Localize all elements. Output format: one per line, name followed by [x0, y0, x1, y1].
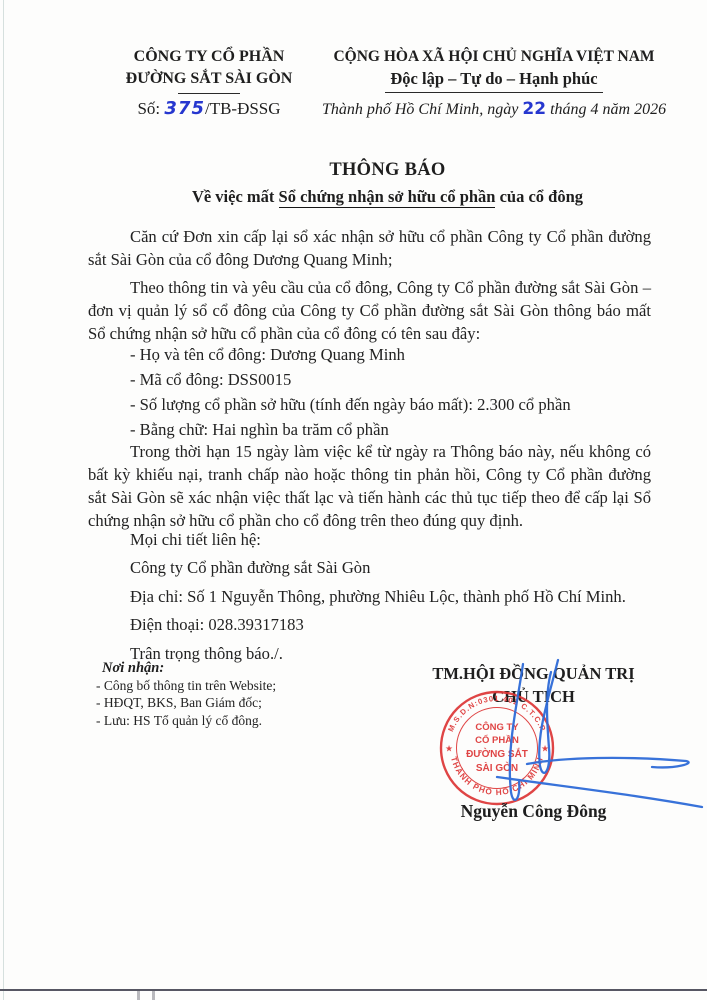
list-item-code: - Mã cổ đông: DSS0015 — [88, 367, 651, 392]
company-name-line2: ĐƯỜNG SẮT SÀI GÒN — [100, 68, 318, 90]
company-name-line1: CÔNG TY CỔ PHẦN — [100, 46, 318, 68]
national-motto-line1: CỘNG HÒA XÃ HỘI CHỦ NGHĨA VIỆT NAM — [320, 46, 668, 68]
title-block: THÔNG BÁO Về việc mất Sổ chứng nhận sở h… — [110, 158, 665, 209]
header-national-block: CỘNG HÒA XÃ HỘI CHỦ NGHĨA VIỆT NAM Độc l… — [320, 46, 668, 121]
recipients-title: Nơi nhận: — [96, 659, 346, 677]
date-suffix: tháng 4 năm 2026 — [546, 101, 666, 118]
doc-number-suffix: /TB-ĐSSG — [205, 99, 281, 118]
recipients-block: Nơi nhận: - Công bố thông tin trên Websi… — [96, 659, 346, 729]
date-day-handwritten: 22 — [522, 99, 546, 119]
scan-edge-left — [3, 0, 4, 1000]
seal-center-line2: CỔ PHẦN — [475, 734, 519, 746]
date-prefix: Thành phố Hồ Chí Minh, ngày — [322, 101, 522, 118]
document-subtitle: Về việc mất Sổ chứng nhận sở hữu cổ phần… — [110, 184, 665, 209]
paragraph-announcement: Theo thông tin và yêu cầu của cổ đông, C… — [88, 276, 651, 345]
scan-edge-bottom — [0, 989, 707, 991]
header-company-block: CÔNG TY CỔ PHẦN ĐƯỜNG SẮT SÀI GÒN Số: 37… — [100, 46, 318, 120]
doc-number-handwritten: 375 — [164, 98, 205, 119]
paragraph-basis: Căn cứ Đơn xin cấp lại sổ xác nhận sở hữ… — [88, 225, 651, 271]
seal-center-line4: SÀI GÒN — [476, 761, 518, 774]
document-body: Căn cứ Đơn xin cấp lại sổ xác nhận sở hữ… — [88, 225, 651, 685]
contact-address: Địa chỉ: Số 1 Nguyễn Thông, phường Nhiêu… — [88, 583, 651, 611]
list-item-share-count: - Số lượng cổ phần sở hữu (tính đến ngày… — [88, 392, 651, 417]
svg-text:THÀNH PHỐ HỒ CHÍ MINH: THÀNH PHỐ HỒ CHÍ MINH — [449, 756, 545, 798]
motto-underline — [385, 92, 603, 93]
company-seal-stamp: M.S.D.N:0301 402 C.T.C.P THÀNH PHỐ HỒ CH… — [437, 688, 557, 808]
contact-block: Mọi chi tiết liên hệ: Công ty Cổ phần đư… — [88, 526, 651, 668]
scan-artifact-mark — [152, 991, 155, 1000]
recipient-item: - HĐQT, BKS, Ban Giám đốc; — [96, 694, 346, 711]
document-number: Số: 375/TB-ĐSSG — [100, 98, 318, 120]
recipient-item: - Công bố thông tin trên Website; — [96, 677, 346, 694]
national-motto-line2: Độc lập – Tự do – Hạnh phúc — [320, 68, 668, 90]
seal-center-line3: ĐƯỜNG SẮT — [466, 747, 528, 760]
paragraph-deadline: Trong thời hạn 15 ngày làm việc kể từ ng… — [88, 440, 651, 532]
recipient-item: - Lưu: HS Tổ quản lý cổ đông. — [96, 712, 346, 729]
contact-phone: Điện thoại: 028.39317183 — [88, 611, 651, 639]
seal-star-right-icon: ★ — [541, 744, 549, 754]
document-title: THÔNG BÁO — [110, 158, 665, 182]
scanned-notice-document: CÔNG TY CỔ PHẦN ĐƯỜNG SẮT SÀI GÒN Số: 37… — [0, 0, 707, 1000]
company-underline — [178, 93, 240, 94]
signer-name: Nguyễn Công Đông — [396, 801, 671, 822]
subtitle-prefix: Về việc mất — [192, 187, 279, 206]
place-date-line: Thành phố Hồ Chí Minh, ngày 22 tháng 4 n… — [320, 98, 668, 121]
signing-authority: TM.HỘI ĐỒNG QUẢN TRỊ — [396, 662, 671, 685]
seal-center-line1: CÔNG TY — [475, 721, 519, 733]
list-item-name: - Họ và tên cổ đông: Dương Quang Minh — [88, 342, 651, 367]
list-item-share-words: - Bằng chữ: Hai nghìn ba trăm cổ phần — [88, 417, 651, 442]
subtitle-suffix: của cổ đông — [495, 187, 583, 206]
seal-star-left-icon: ★ — [445, 744, 453, 754]
doc-number-prefix: Số: — [137, 99, 164, 118]
shareholder-detail-list: - Họ và tên cổ đông: Dương Quang Minh - … — [88, 342, 651, 442]
scan-artifact-mark — [137, 991, 140, 1000]
contact-company: Công ty Cổ phần đường sắt Sài Gòn — [88, 554, 651, 582]
contact-intro: Mọi chi tiết liên hệ: — [88, 526, 651, 554]
seal-outer-ring — [441, 692, 553, 804]
subtitle-underlined-segment: Sổ chứng nhận sở hữu cổ phần — [279, 187, 496, 208]
seal-arc-bottom-text: THÀNH PHỐ HỒ CHÍ MINH — [449, 756, 545, 798]
